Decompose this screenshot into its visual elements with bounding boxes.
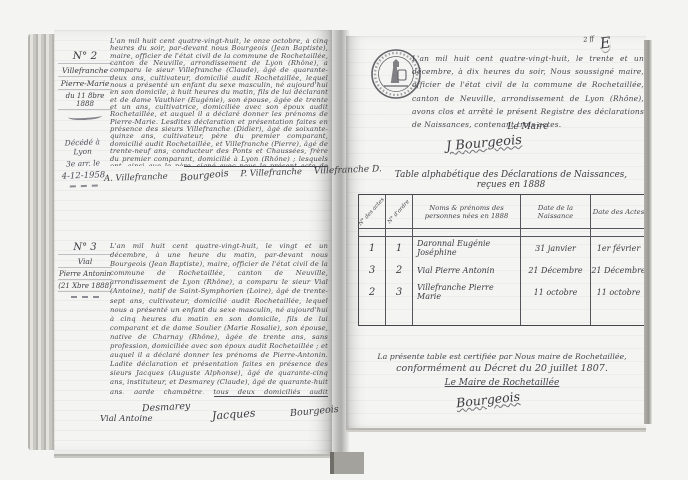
act2-margin-note: N° 2 Villefranche Pierre-Marie du 11 8br…	[58, 50, 112, 120]
row1-name: Daronnal Eugénie Joséphine	[413, 237, 521, 259]
margin-flourish	[68, 112, 102, 121]
table-empty-cell	[386, 303, 413, 325]
paraph-letter: E	[599, 33, 612, 53]
row2-act-date: 21 Décembre	[591, 259, 646, 281]
act2-signature: P. Villefranche	[240, 167, 302, 180]
table-spacer-cell	[359, 229, 386, 237]
certification-signature: Bourgeois	[455, 389, 520, 411]
act2-margin-name: Villefranche	[58, 66, 112, 77]
act3-signature: Desmarey	[142, 401, 191, 415]
col-header-label: N° d'ordre	[387, 198, 411, 224]
table-header-naissance: Date de la Naissance	[521, 195, 591, 229]
act3-closing-rule	[214, 396, 328, 397]
row1-ordre-number: 1	[386, 237, 413, 259]
certification-line2: conformément au Décret du 20 juillet 180…	[362, 363, 642, 374]
act3-number: N° 3	[58, 242, 112, 255]
margin-dash-mark	[70, 184, 98, 187]
certification-line1: La présente table est certifiée par Nous…	[362, 352, 642, 361]
certification-block: La présente table est certifiée par Nous…	[362, 352, 642, 388]
table-spacer-cell	[386, 229, 413, 237]
row2-ordre-number: 2	[386, 259, 413, 281]
births-index-table: N° des actes N° d'ordre Noms & prénoms d…	[358, 194, 647, 326]
register-closing-statement: L'an mil huit cent quatre-vingt-huit, le…	[412, 52, 644, 131]
act2-body-text: L'an mil huit cent quatre-vingt-huit, le…	[110, 38, 328, 166]
act3-margin-firstname: Pierre Antonin	[58, 270, 112, 280]
row3-name: Villefranche Pierre Marie	[413, 281, 521, 303]
row1-act-date: 1er février	[591, 237, 646, 259]
folio-mark-text: 2 ff	[583, 34, 595, 43]
binding-tab	[330, 452, 364, 474]
certification-maire-line: Le Maire de Rochetaillée	[362, 378, 642, 388]
table-header-acte: N° des actes	[359, 195, 386, 229]
table-empty-cell	[413, 303, 521, 325]
act3-body-text: L'an mil huit cent quatre-vingt-huit, le…	[110, 242, 328, 394]
act2-number: N° 2	[58, 50, 112, 64]
row3-acte-number: 2	[359, 281, 386, 303]
row2-acte-number: 3	[359, 259, 386, 281]
death-mention-line2: 3e arr. le	[56, 158, 110, 169]
act2-margin-firstname: Pierre-Marie	[58, 79, 112, 90]
act2-signature-row: A. Villefranche Bourgeois P. Villefranch…	[104, 166, 332, 185]
le-maire-label: Le Maire	[412, 122, 644, 132]
right-page: 2 ff E L'an mil huit cent quatre-vingt-h…	[346, 36, 646, 428]
right-page-edge	[644, 40, 652, 424]
table-spacer-cell	[413, 229, 521, 237]
table-spacer-cell	[591, 229, 646, 237]
death-mention-line1: Décédé à Lyon	[55, 137, 110, 157]
act2-margin-date: du 11 8bre 1888	[58, 92, 112, 110]
table-header-ordre: N° d'ordre	[386, 195, 413, 229]
act3-signature: Jacques	[212, 407, 256, 423]
table-header-noms: Noms & prénoms des personnes nées en 188…	[413, 195, 521, 229]
act3-margin-name: Vial	[58, 257, 112, 268]
row3-act-date: 11 octobre	[591, 281, 646, 303]
act2-signature: A. Villefranche	[104, 172, 168, 185]
row3-ordre-number: 3	[386, 281, 413, 303]
act3-margin-date: (21 Xbre 1888)	[58, 282, 112, 292]
act3-margin-note: N° 3 Vial Pierre Antonin (21 Xbre 1888)	[58, 242, 112, 298]
row3-birth-date: 11 octobre	[521, 281, 591, 303]
act2-death-mention: Décédé à Lyon 3e arr. le 4-12-1958	[55, 137, 111, 188]
register-photo: N° 2 Villefranche Pierre-Marie du 11 8br…	[0, 0, 688, 480]
margin-dash-mark	[71, 296, 99, 298]
act2-signature: Bourgeois	[179, 168, 229, 184]
table-spacer-cell	[521, 229, 591, 237]
table-header-actes-date: Date des Actes	[591, 195, 646, 229]
book-fore-edge	[28, 34, 55, 450]
table-title: Table alphabétique des Déclarations de N…	[386, 170, 636, 190]
col-header-label: N° des actes	[359, 196, 386, 226]
maire-signature: J Bourgeois	[445, 133, 522, 155]
act3-signature: Vial Antoine	[100, 414, 153, 424]
table-empty-cell	[359, 303, 386, 325]
row2-name: Vial Pierre Antonin	[413, 259, 521, 281]
row2-birth-date: 21 Décembre	[521, 259, 591, 281]
row1-birth-date: 31 janvier	[521, 237, 591, 259]
row1-acte-number: 1	[359, 237, 386, 259]
death-mention-line3: 4-12-1958	[56, 170, 110, 182]
table-empty-cell	[521, 303, 591, 325]
left-page: N° 2 Villefranche Pierre-Marie du 11 8br…	[54, 30, 332, 454]
table-empty-cell	[591, 303, 646, 325]
